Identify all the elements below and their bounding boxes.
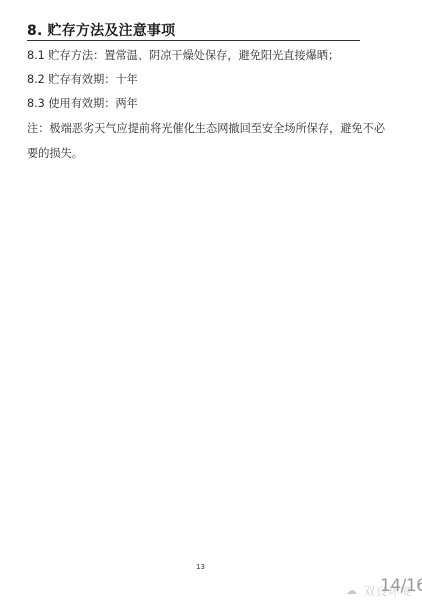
watermark: ☁ 双良环境 14/16 (344, 575, 422, 605)
note-line-1: 注：极端恶劣天气应提前将光催化生态网撤回至安全场所保存，避免不必 (27, 122, 385, 136)
note-line-2: 要的损失。 (27, 147, 83, 161)
item-storage-validity: 8.2 贮存有效期：十年 (27, 73, 138, 87)
page-indicator: 14/16 (380, 576, 422, 596)
item-storage-method: 8.1 贮存方法：置常温、阴凉干燥处保存，避免阳光直接爆晒； (27, 49, 339, 63)
item-usage-validity: 8.3 使用有效期：两年 (27, 97, 138, 111)
page-number: 13 (196, 563, 205, 571)
section-title: 8. 贮存方法及注意事项 (27, 23, 360, 41)
wechat-icon: ☁ (346, 584, 357, 597)
